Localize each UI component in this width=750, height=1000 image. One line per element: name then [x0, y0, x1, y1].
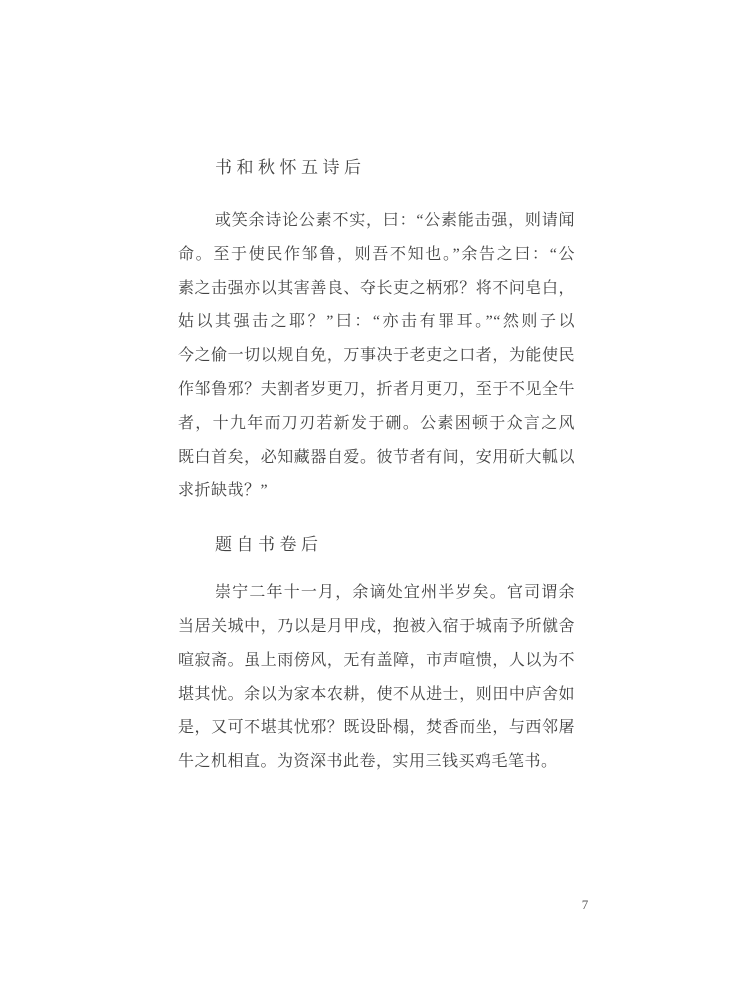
text-block: 书和秋怀五诗后 或笑余诗论公素不实，曰：“公素能击强，则请闻 命。至于使民作邹鲁…: [178, 158, 575, 779]
section-heading: 题自书卷后: [215, 535, 575, 555]
text-line: 素之击强亦以其害善良、夺长吏之柄邪？将不问皂白，: [178, 272, 575, 306]
text-line: 堪其忧。余以为家本农耕，使不从进士，则田中庐舍如: [178, 678, 575, 712]
text-line: 喧寂斋。虽上雨傍风，无有盖障，市声喧愦，人以为不: [178, 644, 575, 678]
text-line: 者，十九年而刀刃若新发于硎。公素困顿于众言之风波，: [178, 407, 575, 441]
text-line: 既白首矣，必知藏器自爱。彼节者有间，安用斫大軱以: [178, 441, 575, 475]
text-line: 牛之机相直。为资深书此卷，实用三钱买鸡毛笔书。: [178, 745, 575, 779]
section-shu-he-qiu-huai: 书和秋怀五诗后 或笑余诗论公素不实，曰：“公素能击强，则请闻 命。至于使民作邹鲁…: [178, 158, 575, 508]
paragraph: 崇宁二年十一月，余谪处宜州半岁矣。官司谓余不 当居关城中，乃以是月甲戌，抱被入宿…: [178, 576, 575, 779]
text-line: 崇宁二年十一月，余谪处宜州半岁矣。官司谓余不: [178, 576, 575, 610]
text-line: 是，又可不堪其忧邪？既设卧榻，焚香而坐，与西邻屠: [178, 711, 575, 745]
text-line: 或笑余诗论公素不实，曰：“公素能击强，则请闻: [178, 204, 575, 238]
paragraph: 或笑余诗论公素不实，曰：“公素能击强，则请闻 命。至于使民作邹鲁，则吾不知也。”…: [178, 204, 575, 508]
text-line: 今之偷一切以规自免，万事决于老吏之口者，为能使民: [178, 339, 575, 373]
text-line: 当居关城中，乃以是月甲戌，抱被入宿于城南予所僦舍: [178, 610, 575, 644]
section-ti-zi-shu-juan: 题自书卷后 崇宁二年十一月，余谪处宜州半岁矣。官司谓余不 当居关城中，乃以是月甲…: [178, 535, 575, 779]
text-line: 作邹鲁邪？夫割者岁更刀，折者月更刀，至于不见全牛: [178, 373, 575, 407]
text-line: 姑以其强击之耶？”曰：“亦击有罪耳。”“然则子以: [178, 305, 575, 339]
book-page: 书和秋怀五诗后 或笑余诗论公素不实，曰：“公素能击强，则请闻 命。至于使民作邹鲁…: [0, 0, 750, 1000]
text-line: 命。至于使民作邹鲁，则吾不知也。”余告之曰：“公: [178, 238, 575, 272]
page-number: 7: [575, 897, 595, 913]
text-line: 求折缺哉？”: [178, 474, 575, 508]
section-heading: 书和秋怀五诗后: [215, 158, 575, 178]
